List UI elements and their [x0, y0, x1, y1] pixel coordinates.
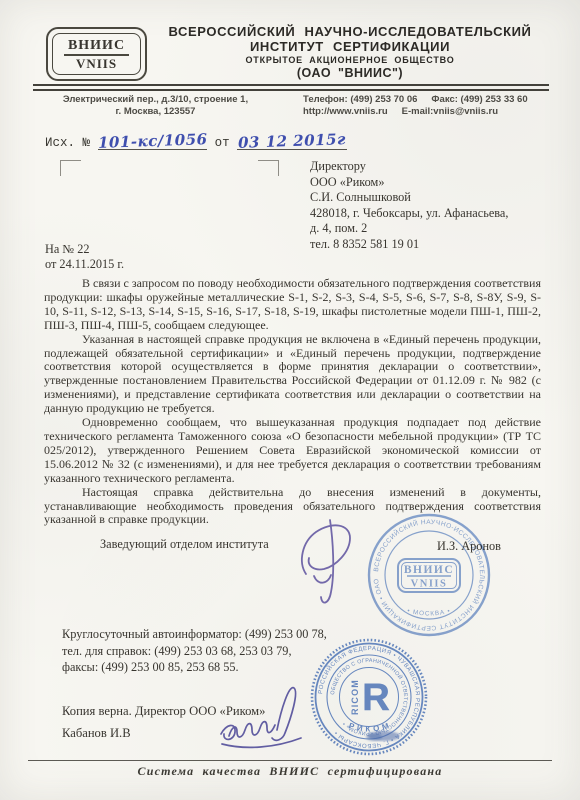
- recipient-line: С.И. Солнышковой: [310, 190, 550, 206]
- contact-line: факсы: (499) 253 00 85, 253 68 55.: [62, 659, 327, 676]
- logo-text-en: VNIIS: [76, 56, 117, 71]
- envelope-corner-left: [60, 160, 81, 176]
- scanned-letter-page: ВНИИС VNIIS ВСЕРОССИЙСКИЙ НАУЧНО-ИССЛЕДО…: [0, 0, 580, 800]
- org-type-line: ОТКРЫТОЕ АКЦИОНЕРНОЕ ОБЩЕСТВО: [148, 55, 552, 66]
- body-paragraph: Одновременно сообщаем, что вышеуказанная…: [44, 416, 541, 486]
- header-double-rule: [33, 84, 549, 91]
- letter-body: В связи с запросом по поводу необходимос…: [44, 277, 541, 527]
- vniis-stamp-center-ru: ВНИИС: [404, 564, 454, 576]
- org-name-line2: ИНСТИТУТ СЕРТИФИКАЦИИ: [148, 39, 552, 54]
- outgoing-date-label: от: [215, 136, 230, 150]
- sender-email: E-mail:vniis@vniis.ru: [402, 106, 498, 117]
- sender-phone-fax: Телефон: (499) 253 70 06Факс: (499) 253 …: [303, 94, 553, 106]
- reply-reference: На № 22 от 24.11.2015 г.: [45, 242, 124, 272]
- reply-date: от 24.11.2015 г.: [45, 257, 124, 272]
- reply-number: На № 22: [45, 242, 124, 257]
- recipient-line: ООО «Риком»: [310, 175, 550, 191]
- outgoing-date-slot: 03 12 2015г: [237, 131, 347, 150]
- org-name-line1: ВСЕРОССИЙСКИЙ НАУЧНО-ИССЛЕДОВАТЕЛЬСКИЙ: [148, 24, 552, 39]
- footer-rule: [28, 760, 552, 761]
- envelope-corner-right: [258, 160, 279, 176]
- contact-info-block: Круглосуточный автоинформатор: (499) 253…: [62, 626, 327, 676]
- outgoing-label: Исх. №: [45, 136, 90, 150]
- body-paragraph: В связи с запросом по поводу необходимос…: [44, 277, 541, 333]
- outgoing-reference: Исх. № 101-кс/1056 от 03 12 2015г: [45, 131, 347, 150]
- ricom-stamp-logo-letter: R: [362, 677, 389, 719]
- vniis-stamp-center-en: VNIIS: [411, 579, 448, 590]
- contact-line: Круглосуточный автоинформатор: (499) 253…: [62, 626, 327, 643]
- vniis-logo: ВНИИС VNIIS: [46, 27, 147, 81]
- sender-web-email: http://www.vniis.ruE-mail:vniis@vniis.ru: [303, 106, 553, 118]
- organization-header: ВСЕРОССИЙСКИЙ НАУЧНО-ИССЛЕДОВАТЕЛЬСКИЙ И…: [148, 24, 552, 80]
- sender-address-line2: г. Москва, 123557: [38, 106, 273, 118]
- sender-website: http://www.vniis.ru: [303, 106, 388, 117]
- kabanov-signature: [213, 676, 311, 756]
- vniis-round-stamp: ВСЕРОССИЙСКИЙ НАУЧНО-ИССЛЕДОВАТЕЛЬСКИЙ И…: [362, 508, 496, 642]
- recipient-block: Директору ООО «Риком» С.И. Солнышковой 4…: [310, 159, 550, 253]
- sender-address: Электрический пер., д.3/10, строение 1, …: [38, 94, 273, 118]
- sender-phone: Телефон: (499) 253 70 06: [303, 94, 417, 105]
- contact-line: тел. для справок: (499) 253 03 68, 253 0…: [62, 643, 327, 660]
- org-short-name: (ОАО "ВНИИС"): [148, 66, 552, 80]
- sender-address-line1: Электрический пер., д.3/10, строение 1,: [38, 94, 273, 106]
- vniis-logo-inner: ВНИИС VNIIS: [52, 33, 141, 75]
- ricom-round-stamp: РОССИЙСКАЯ ФЕДЕРАЦИЯ • ЧУВАШСКАЯ РЕСПУБЛ…: [308, 636, 430, 758]
- recipient-line: Директору: [310, 159, 550, 175]
- recipient-line: д. 4, пом. 2: [310, 221, 550, 237]
- ricom-stamp-logo-vertical: RICOM: [350, 679, 360, 715]
- footer-quality-line: Система качества ВНИИС сертифицирована: [0, 764, 580, 779]
- logo-text-ru: ВНИИС: [64, 38, 129, 56]
- sender-fax: Факс: (499) 253 33 60: [431, 94, 527, 105]
- outgoing-number-handwritten: 101-кс/1056: [97, 130, 207, 152]
- body-paragraph: Указанная в настоящей справке продукция …: [44, 333, 541, 416]
- recipient-line: 428018, г. Чебоксары, ул. Афанасьева,: [310, 206, 550, 222]
- outgoing-date-handwritten: 03 12 2015г: [238, 130, 346, 152]
- outgoing-number-slot: 101-кс/1056: [98, 131, 208, 150]
- sender-contacts: Телефон: (499) 253 70 06Факс: (499) 253 …: [303, 94, 553, 118]
- signatory-title: Заведующий отделом института: [100, 537, 269, 552]
- recipient-line: тел. 8 8352 581 19 01: [310, 237, 550, 253]
